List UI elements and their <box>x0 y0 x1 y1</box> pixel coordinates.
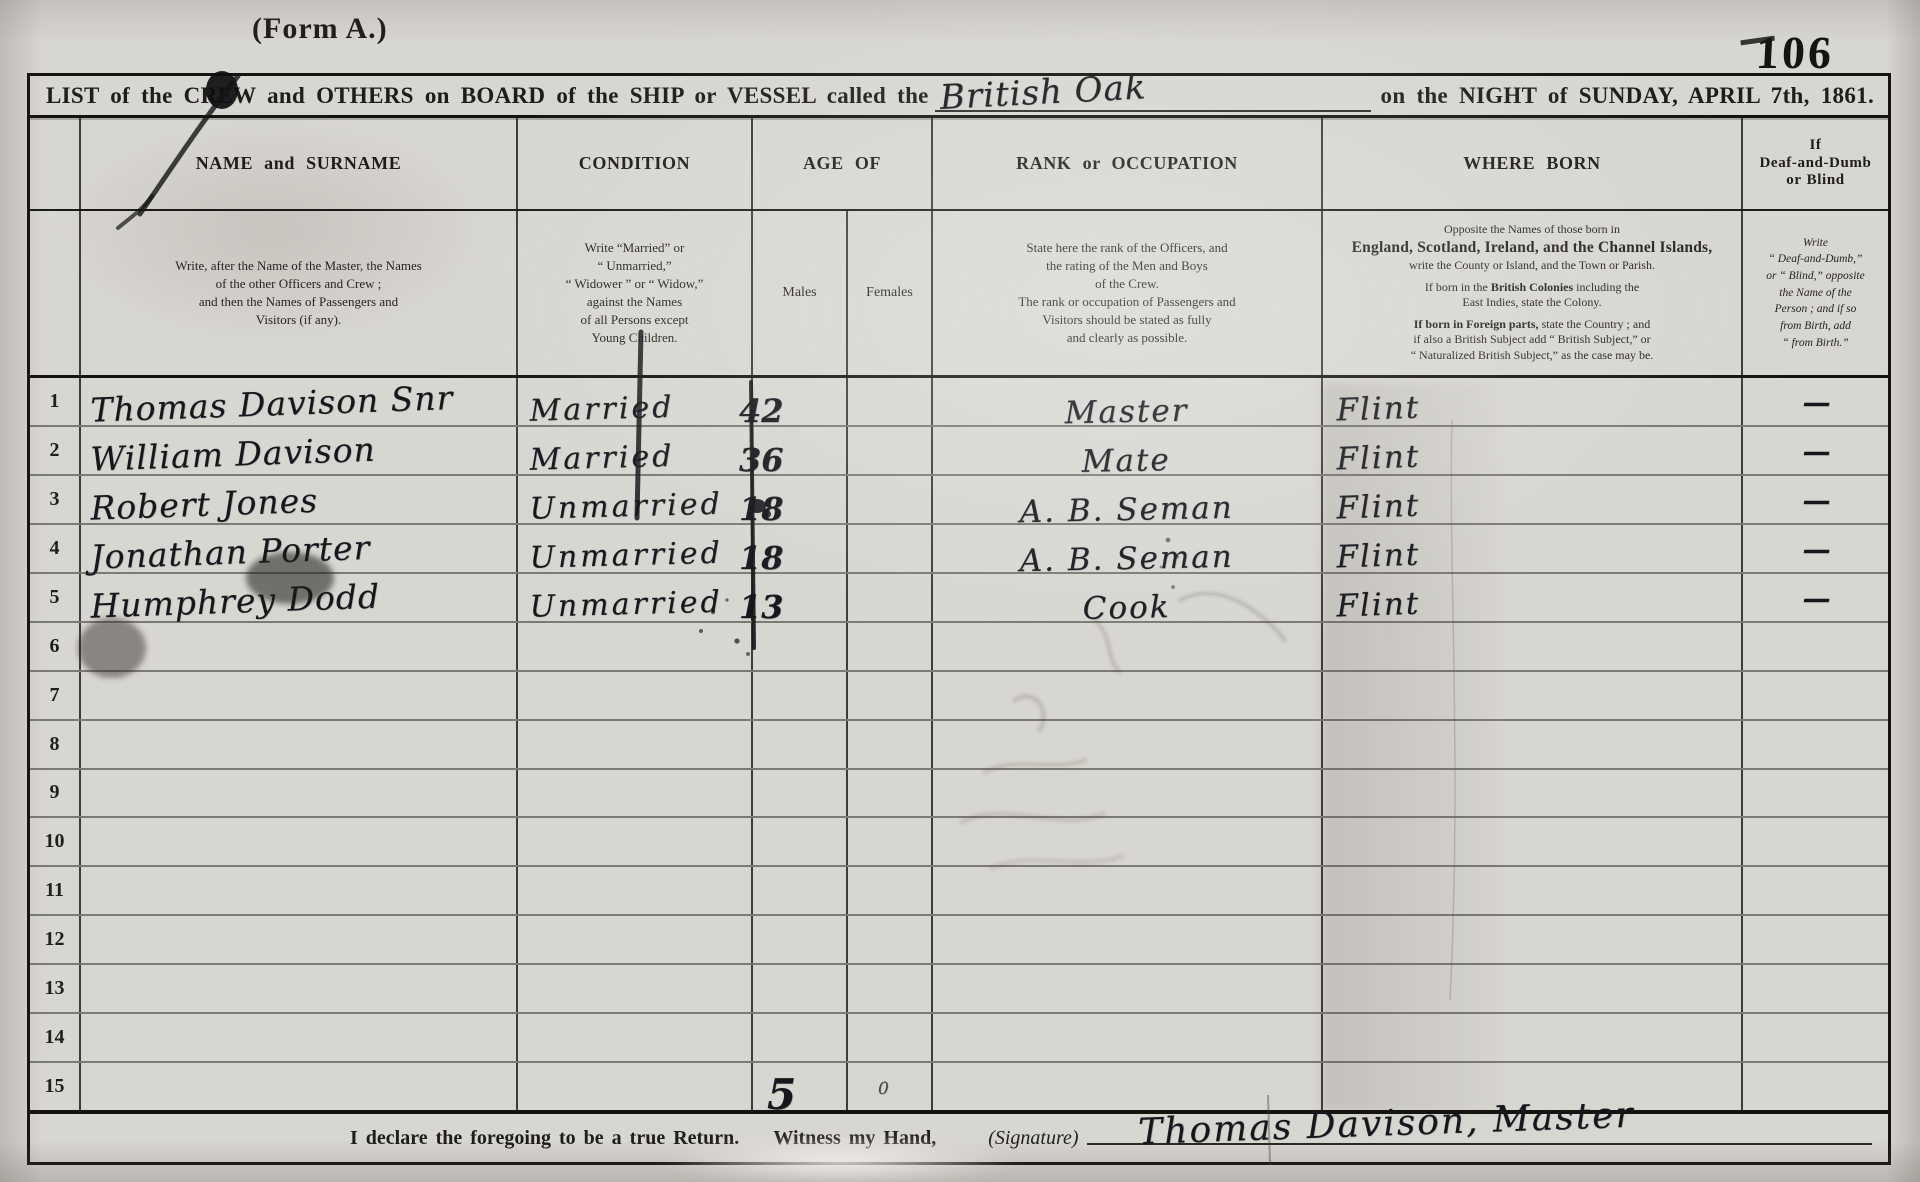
title-date: on the NIGHT of SUNDAY, APRIL 7th, 1861. <box>1381 83 1874 109</box>
name-cell <box>81 818 518 865</box>
table-row: 14 <box>30 1014 1888 1063</box>
deaf-cell <box>1743 965 1888 1012</box>
condition-cell: Married <box>518 378 753 425</box>
deaf-cell <box>1743 623 1888 670</box>
table-row: 3 Robert Jones Unmarried 18 A. B. Seman … <box>30 476 1888 525</box>
age-males-entry: 42 <box>739 395 784 427</box>
instr-name: Write, after the Name of the Master, the… <box>81 211 518 375</box>
age-males-cell <box>753 818 848 865</box>
deaf-cell <box>1743 916 1888 963</box>
name-cell <box>81 916 518 963</box>
row-number: 8 <box>30 721 81 768</box>
rank-entry: Mate <box>1082 445 1172 478</box>
age-females-cell <box>848 818 933 865</box>
age-females-cell <box>848 623 933 670</box>
name-cell <box>81 1063 518 1110</box>
whereborn-cell <box>1323 1014 1743 1061</box>
deaf-cell <box>1743 1014 1888 1061</box>
row-number: 11 <box>30 867 81 914</box>
age-females-cell <box>848 721 933 768</box>
condition-cell: Unmarried <box>518 574 753 621</box>
whereborn-cell: Flint <box>1323 574 1743 621</box>
age-males-entry: 18 <box>739 493 784 525</box>
name-instruction: Write, after the Name of the Master, the… <box>175 257 422 329</box>
age-males-cell <box>753 965 848 1012</box>
declaration-text: I declare the foregoing to be a true Ret… <box>350 1127 739 1150</box>
instr-deaf: Write “ Deaf-and-Dumb,” or “ Blind,” opp… <box>1743 211 1888 375</box>
age-females-cell <box>848 965 933 1012</box>
condition-cell <box>518 721 753 768</box>
row-number: 3 <box>30 476 81 523</box>
whereborn-note-foreign: If born in Foreign parts, <box>1414 317 1539 331</box>
rank-entry: A. B. Seman <box>1019 493 1234 528</box>
scanned-crew-list-page: (Form A.) 106 LIST of the CREW and OTHER… <box>0 0 1920 1182</box>
age-males-cell: 36 <box>753 427 848 474</box>
whereborn-note-colonies: British Colonies <box>1491 280 1573 294</box>
row-number: 14 <box>30 1014 81 1061</box>
whereborn-cell <box>1323 965 1743 1012</box>
condition-entry: Unmarried <box>517 489 723 524</box>
table-row: 13 <box>30 965 1888 1014</box>
whereborn-cell <box>1323 721 1743 768</box>
whereborn-cell <box>1323 818 1743 865</box>
age-females-entry: 0 <box>878 1081 889 1098</box>
instr-whereborn: Opposite the Names of those born in Engl… <box>1323 211 1743 375</box>
deaf-instruction: Write “ Deaf-and-Dumb,” or “ Blind,” opp… <box>1766 235 1864 352</box>
whereborn-instruction: Opposite the Names of those born in Engl… <box>1352 222 1713 363</box>
col-rownum-header <box>30 118 81 209</box>
rank-cell <box>933 818 1323 865</box>
age-females-cell: 0 <box>848 1063 933 1110</box>
condition-cell <box>518 916 753 963</box>
deaf-cell: — <box>1743 525 1888 572</box>
age-males-cell <box>753 770 848 817</box>
whereborn-note-line: If born in the <box>1425 280 1491 294</box>
whereborn-entry: Flint <box>1322 539 1421 573</box>
row-number: 13 <box>30 965 81 1012</box>
page-number: 106 <box>1755 26 1836 79</box>
condition-cell <box>518 672 753 719</box>
name-cell: William Davison <box>81 427 518 474</box>
condition-cell: Unmarried <box>518 476 753 523</box>
age-males-cell <box>753 623 848 670</box>
table-row: 1 Thomas Davison Snr Married 42 Master F… <box>30 378 1888 427</box>
deaf-cell <box>1743 867 1888 914</box>
deaf-entry: — <box>1803 536 1829 564</box>
age-males-cell: 18 <box>753 525 848 572</box>
ship-name-handwriting: British Oak <box>939 67 1147 118</box>
row-number: 10 <box>30 818 81 865</box>
age-males-cell <box>753 916 848 963</box>
table-row: 6 <box>30 623 1888 672</box>
condition-cell <box>518 965 753 1012</box>
name-cell: Thomas Davison Snr <box>81 378 518 425</box>
rank-cell <box>933 965 1323 1012</box>
deaf-cell <box>1743 770 1888 817</box>
name-cell: Jonathan Porter <box>81 525 518 572</box>
whereborn-entry: Flint <box>1322 588 1421 622</box>
deaf-entry: — <box>1803 487 1829 515</box>
condition-cell <box>518 867 753 914</box>
col-condition-header: CONDITION <box>518 118 753 209</box>
condition-entry: Unmarried <box>517 538 723 573</box>
row-number: 7 <box>30 672 81 719</box>
row-number: 6 <box>30 623 81 670</box>
deaf-entry: — <box>1803 585 1829 613</box>
signature-field: Thomas Davison, Master <box>1087 1123 1872 1145</box>
name-entry: Jonathan Porter <box>80 531 371 574</box>
condition-entry: Married <box>517 442 675 476</box>
whereborn-cell <box>1323 916 1743 963</box>
deaf-cell <box>1743 672 1888 719</box>
rank-cell <box>933 623 1323 670</box>
rank-cell: Mate <box>933 427 1323 474</box>
name-cell <box>81 867 518 914</box>
rank-cell: A. B. Seman <box>933 525 1323 572</box>
table-row: 4 Jonathan Porter Unmarried 18 A. B. Sem… <box>30 525 1888 574</box>
instr-age-females: Females <box>848 211 933 375</box>
row-number: 9 <box>30 770 81 817</box>
rank-cell <box>933 721 1323 768</box>
name-cell <box>81 770 518 817</box>
name-cell <box>81 623 518 670</box>
rank-cell <box>933 867 1323 914</box>
rank-entry: Cook <box>1082 592 1170 625</box>
column-headers: NAME and SURNAME CONDITION AGE OF RANK o… <box>30 118 1888 211</box>
whereborn-entry: Flint <box>1322 441 1421 475</box>
age-males-entry: 36 <box>739 444 784 476</box>
name-entry: William Davison <box>80 433 376 476</box>
age-females-cell <box>848 1014 933 1061</box>
whereborn-note-line: “ Naturalized British Subject,” as the c… <box>1411 348 1654 362</box>
name-cell: Humphrey Dodd <box>81 574 518 621</box>
age-males-cell <box>753 721 848 768</box>
name-cell <box>81 721 518 768</box>
instr-rownum <box>30 211 81 375</box>
name-entry: Thomas Davison Snr <box>80 381 454 427</box>
age-females-cell <box>848 867 933 914</box>
witness-text: Witness my Hand, <box>773 1127 936 1150</box>
condition-cell <box>518 1063 753 1110</box>
form-label: (Form A.) <box>252 12 388 46</box>
rank-instruction: State here the rank of the Officers, and… <box>1018 239 1235 347</box>
age-males-cell: 13 <box>753 574 848 621</box>
row-number: 15 <box>30 1063 81 1110</box>
name-cell <box>81 672 518 719</box>
rank-cell: A. B. Seman <box>933 476 1323 523</box>
row-number: 2 <box>30 427 81 474</box>
whereborn-note-line: including the <box>1573 280 1639 294</box>
deaf-cell: — <box>1743 476 1888 523</box>
age-males-cell <box>753 672 848 719</box>
rank-cell <box>933 770 1323 817</box>
row-number: 12 <box>30 916 81 963</box>
age-females-cell <box>848 672 933 719</box>
name-cell <box>81 965 518 1012</box>
age-females-cell <box>848 427 933 474</box>
age-males-entry: 13 <box>739 591 784 623</box>
whereborn-cell <box>1323 623 1743 670</box>
table-title-band: LIST of the CREW and OTHERS on BOARD of … <box>30 76 1888 118</box>
name-cell <box>81 1014 518 1061</box>
deaf-cell: — <box>1743 378 1888 425</box>
table-row: 10 <box>30 818 1888 867</box>
whereborn-cell: Flint <box>1323 378 1743 425</box>
whereborn-note-line: Opposite the Names of those born in <box>1444 222 1620 236</box>
age-females-cell <box>848 378 933 425</box>
col-name-header: NAME and SURNAME <box>81 118 518 209</box>
whereborn-entry: Flint <box>1322 490 1421 524</box>
deaf-entry: — <box>1803 438 1829 466</box>
condition-instruction: Write “Married” or “ Unmarried,” “ Widow… <box>566 239 704 347</box>
table-row: 5 Humphrey Dodd Unmarried 13 Cook Flint … <box>30 574 1888 623</box>
condition-cell: Married <box>518 427 753 474</box>
rank-cell <box>933 916 1323 963</box>
rank-cell <box>933 672 1323 719</box>
whereborn-note-line: state the Country ; and <box>1539 317 1651 331</box>
age-males-cell <box>753 1014 848 1061</box>
col-rank-header: RANK or OCCUPATION <box>933 118 1323 209</box>
condition-cell <box>518 770 753 817</box>
declaration-row: I declare the foregoing to be a true Ret… <box>30 1110 1888 1162</box>
table-row: 12 <box>30 916 1888 965</box>
row-number: 5 <box>30 574 81 621</box>
whereborn-cell <box>1323 672 1743 719</box>
condition-entry: Unmarried <box>517 587 723 622</box>
instr-age-males: Males <box>753 211 848 375</box>
crew-list-table: LIST of the CREW and OTHERS on BOARD of … <box>27 73 1891 1165</box>
name-entry: Humphrey Dodd <box>80 579 381 622</box>
rank-cell: Master <box>933 378 1323 425</box>
rank-cell <box>933 1014 1323 1061</box>
whereborn-entry: Flint <box>1322 393 1421 427</box>
row-number: 4 <box>30 525 81 572</box>
deaf-cell: — <box>1743 574 1888 621</box>
whereborn-note-countries: England, Scotland, Ireland, and the Chan… <box>1352 239 1713 256</box>
age-females-cell <box>848 574 933 621</box>
age-males-cell <box>753 867 848 914</box>
condition-cell: Unmarried <box>518 525 753 572</box>
table-row: 7 <box>30 672 1888 721</box>
whereborn-cell <box>1323 770 1743 817</box>
age-females-cell <box>848 916 933 963</box>
row-number: 1 <box>30 378 81 425</box>
rank-entry: Master <box>1064 396 1188 430</box>
col-age-header: AGE OF <box>753 118 933 209</box>
age-males-cell: 18 <box>753 476 848 523</box>
deaf-cell <box>1743 721 1888 768</box>
rank-entry: A. B. Seman <box>1019 542 1234 577</box>
rank-cell <box>933 1063 1323 1110</box>
condition-cell <box>518 1014 753 1061</box>
column-instructions: Write, after the Name of the Master, the… <box>30 211 1888 378</box>
whereborn-note-line: if also a British Subject add “ British … <box>1413 332 1650 346</box>
age-males-entry: 18 <box>739 542 784 574</box>
condition-cell <box>518 623 753 670</box>
age-females-cell <box>848 770 933 817</box>
age-females-cell <box>848 476 933 523</box>
condition-entry: Married <box>517 393 675 427</box>
table-body: 1 Thomas Davison Snr Married 42 Master F… <box>30 378 1888 1110</box>
name-cell: Robert Jones <box>81 476 518 523</box>
whereborn-cell: Flint <box>1323 476 1743 523</box>
age-males-cell: 5 <box>753 1063 848 1110</box>
col-deaf-header: If Deaf-and-Dumb or Blind <box>1743 118 1888 209</box>
age-males-cell: 42 <box>753 378 848 425</box>
table-row: 9 <box>30 770 1888 819</box>
condition-cell <box>518 818 753 865</box>
table-row: 2 William Davison Married 36 Mate Flint … <box>30 427 1888 476</box>
whereborn-cell: Flint <box>1323 525 1743 572</box>
table-row: 11 <box>30 867 1888 916</box>
deaf-entry: — <box>1803 389 1829 417</box>
whereborn-note-line: write the County or Island, and the Town… <box>1409 258 1655 272</box>
deaf-cell: — <box>1743 427 1888 474</box>
ship-name-field: British Oak <box>935 80 1371 112</box>
males-label: Males <box>782 285 816 301</box>
instr-rank: State here the rank of the Officers, and… <box>933 211 1323 375</box>
signature-label: (Signature) <box>988 1127 1078 1150</box>
whereborn-cell: Flint <box>1323 427 1743 474</box>
females-label: Females <box>866 285 913 301</box>
rank-cell: Cook <box>933 574 1323 621</box>
whereborn-cell <box>1323 867 1743 914</box>
age-females-cell <box>848 525 933 572</box>
table-row: 8 <box>30 721 1888 770</box>
title-prefix: LIST of the CREW and OTHERS on BOARD of … <box>46 83 929 109</box>
col-whereborn-header: WHERE BORN <box>1323 118 1743 209</box>
name-entry: Robert Jones <box>80 484 319 525</box>
whereborn-note-line: East Indies, state the Colony. <box>1462 295 1601 309</box>
instr-condition: Write “Married” or “ Unmarried,” “ Widow… <box>518 211 753 375</box>
deaf-cell <box>1743 818 1888 865</box>
deaf-cell <box>1743 1063 1888 1110</box>
